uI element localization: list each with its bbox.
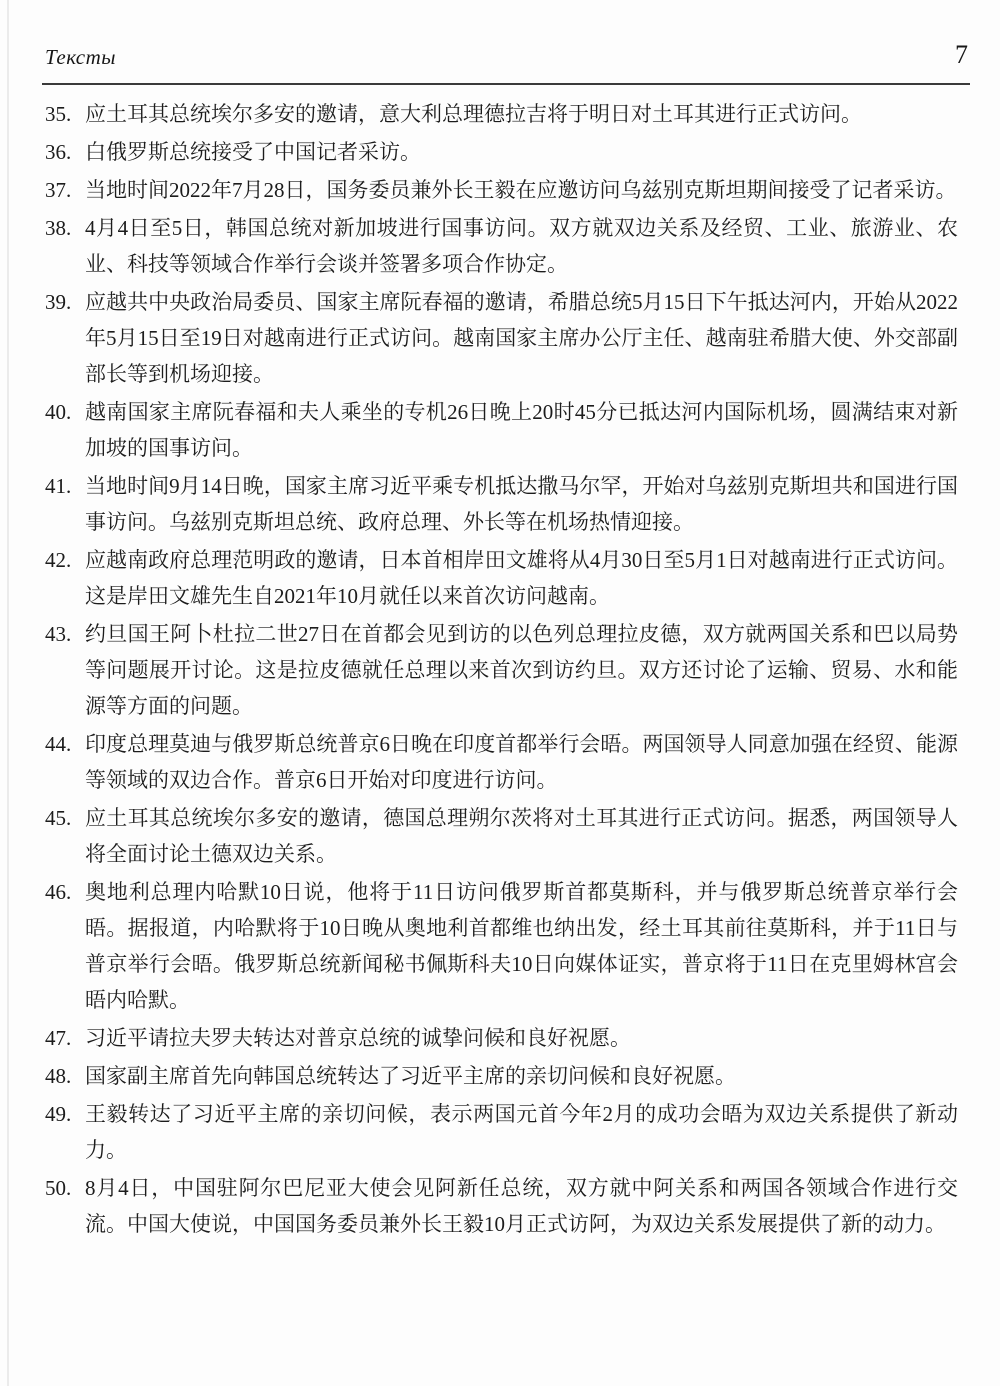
item-number: 43. bbox=[45, 616, 85, 724]
list-item: 42. 应越南政府总理范明政的邀请，日本首相岸田文雄将从4月30日至5月1日对越… bbox=[45, 542, 958, 614]
list-item: 35. 应土耳其总统埃尔多安的邀请，意大利总理德拉吉将于明日对土耳其进行正式访问… bbox=[45, 96, 958, 132]
list-item: 47. 习近平请拉夫罗夫转达对普京总统的诚挚问候和良好祝愿。 bbox=[45, 1020, 958, 1056]
item-number: 49. bbox=[45, 1096, 85, 1168]
item-text: 印度总理莫迪与俄罗斯总统普京6日晚在印度首都举行会晤。两国领导人同意加强在经贸、… bbox=[85, 726, 958, 798]
item-number: 50. bbox=[45, 1170, 85, 1242]
item-number: 45. bbox=[45, 800, 85, 872]
item-text: 白俄罗斯总统接受了中国记者采访。 bbox=[85, 134, 958, 170]
running-title: Тексты bbox=[45, 45, 116, 70]
item-text: 约旦国王阿卜杜拉二世27日在首都会见到访的以色列总理拉皮德，双方就两国关系和巴以… bbox=[85, 616, 958, 724]
list-item: 46. 奥地利总理内哈默10日说，他将于11日访问俄罗斯首都莫斯科，并与俄罗斯总… bbox=[45, 874, 958, 1018]
item-text: 当地时间2022年7月28日，国务委员兼外长王毅在应邀访问乌兹别克斯坦期间接受了… bbox=[85, 172, 958, 208]
item-number: 48. bbox=[45, 1058, 85, 1094]
item-text: 习近平请拉夫罗夫转达对普京总统的诚挚问候和良好祝愿。 bbox=[85, 1020, 958, 1056]
page-header: Тексты 7 bbox=[45, 40, 970, 70]
list-item: 36. 白俄罗斯总统接受了中国记者采访。 bbox=[45, 134, 958, 170]
item-text: 应土耳其总统埃尔多安的邀请，德国总理朔尔茨将对土耳其进行正式访问。据悉，两国领导… bbox=[85, 800, 958, 872]
list-item: 37. 当地时间2022年7月28日，国务委员兼外长王毅在应邀访问乌兹别克斯坦期… bbox=[45, 172, 958, 208]
list-item: 48. 国家副主席首先向韩国总统转达了习近平主席的亲切问候和良好祝愿。 bbox=[45, 1058, 958, 1094]
item-text: 国家副主席首先向韩国总统转达了习近平主席的亲切问候和良好祝愿。 bbox=[85, 1058, 958, 1094]
item-number: 35. bbox=[45, 96, 85, 132]
item-number: 40. bbox=[45, 394, 85, 466]
item-number: 42. bbox=[45, 542, 85, 614]
item-text: 当地时间9月14日晚，国家主席习近平乘专机抵达撒马尔罕，开始对乌兹别克斯坦共和国… bbox=[85, 468, 958, 540]
item-text: 应越共中央政治局委员、国家主席阮春福的邀请，希腊总统5月15日下午抵达河内，开始… bbox=[85, 284, 958, 392]
list-item: 45. 应土耳其总统埃尔多安的邀请，德国总理朔尔茨将对土耳其进行正式访问。据悉，… bbox=[45, 800, 958, 872]
item-text: 4月4日至5日，韩国总统对新加坡进行国事访问。双方就双边关系及经贸、工业、旅游业… bbox=[85, 210, 958, 282]
item-text: 王毅转达了习近平主席的亲切问候，表示两国元首今年2月的成功会晤为双边关系提供了新… bbox=[85, 1096, 958, 1168]
page-number: 7 bbox=[955, 40, 970, 70]
list-item: 43. 约旦国王阿卜杜拉二世27日在首都会见到访的以色列总理拉皮德，双方就两国关… bbox=[45, 616, 958, 724]
item-text: 越南国家主席阮春福和夫人乘坐的专机26日晚上20时45分已抵达河内国际机场，圆满… bbox=[85, 394, 958, 466]
document-page: Тексты 7 35. 应土耳其总统埃尔多安的邀请，意大利总理德拉吉将于明日对… bbox=[0, 0, 1000, 1386]
list-item: 39. 应越共中央政治局委员、国家主席阮春福的邀请，希腊总统5月15日下午抵达河… bbox=[45, 284, 958, 392]
text-items-list: 35. 应土耳其总统埃尔多安的邀请，意大利总理德拉吉将于明日对土耳其进行正式访问… bbox=[45, 96, 958, 1244]
item-text: 应土耳其总统埃尔多安的邀请，意大利总理德拉吉将于明日对土耳其进行正式访问。 bbox=[85, 96, 958, 132]
item-number: 46. bbox=[45, 874, 85, 1018]
list-item: 40. 越南国家主席阮春福和夫人乘坐的专机26日晚上20时45分已抵达河内国际机… bbox=[45, 394, 958, 466]
item-text: 奥地利总理内哈默10日说，他将于11日访问俄罗斯首都莫斯科，并与俄罗斯总统普京举… bbox=[85, 874, 958, 1018]
list-item: 44. 印度总理莫迪与俄罗斯总统普京6日晚在印度首都举行会晤。两国领导人同意加强… bbox=[45, 726, 958, 798]
item-number: 44. bbox=[45, 726, 85, 798]
item-text: 8月4日，中国驻阿尔巴尼亚大使会见阿新任总统，双方就中阿关系和两国各领域合作进行… bbox=[85, 1170, 958, 1242]
header-rule bbox=[42, 83, 970, 85]
item-number: 47. bbox=[45, 1020, 85, 1056]
list-item: 50. 8月4日，中国驻阿尔巴尼亚大使会见阿新任总统，双方就中阿关系和两国各领域… bbox=[45, 1170, 958, 1242]
item-number: 37. bbox=[45, 172, 85, 208]
item-number: 39. bbox=[45, 284, 85, 392]
item-number: 41. bbox=[45, 468, 85, 540]
list-item: 38. 4月4日至5日，韩国总统对新加坡进行国事访问。双方就双边关系及经贸、工业… bbox=[45, 210, 958, 282]
item-number: 38. bbox=[45, 210, 85, 282]
item-number: 36. bbox=[45, 134, 85, 170]
scan-edge-artifact bbox=[7, 0, 9, 1386]
item-text: 应越南政府总理范明政的邀请，日本首相岸田文雄将从4月30日至5月1日对越南进行正… bbox=[85, 542, 958, 614]
list-item: 41. 当地时间9月14日晚，国家主席习近平乘专机抵达撒马尔罕，开始对乌兹别克斯… bbox=[45, 468, 958, 540]
list-item: 49. 王毅转达了习近平主席的亲切问候，表示两国元首今年2月的成功会晤为双边关系… bbox=[45, 1096, 958, 1168]
